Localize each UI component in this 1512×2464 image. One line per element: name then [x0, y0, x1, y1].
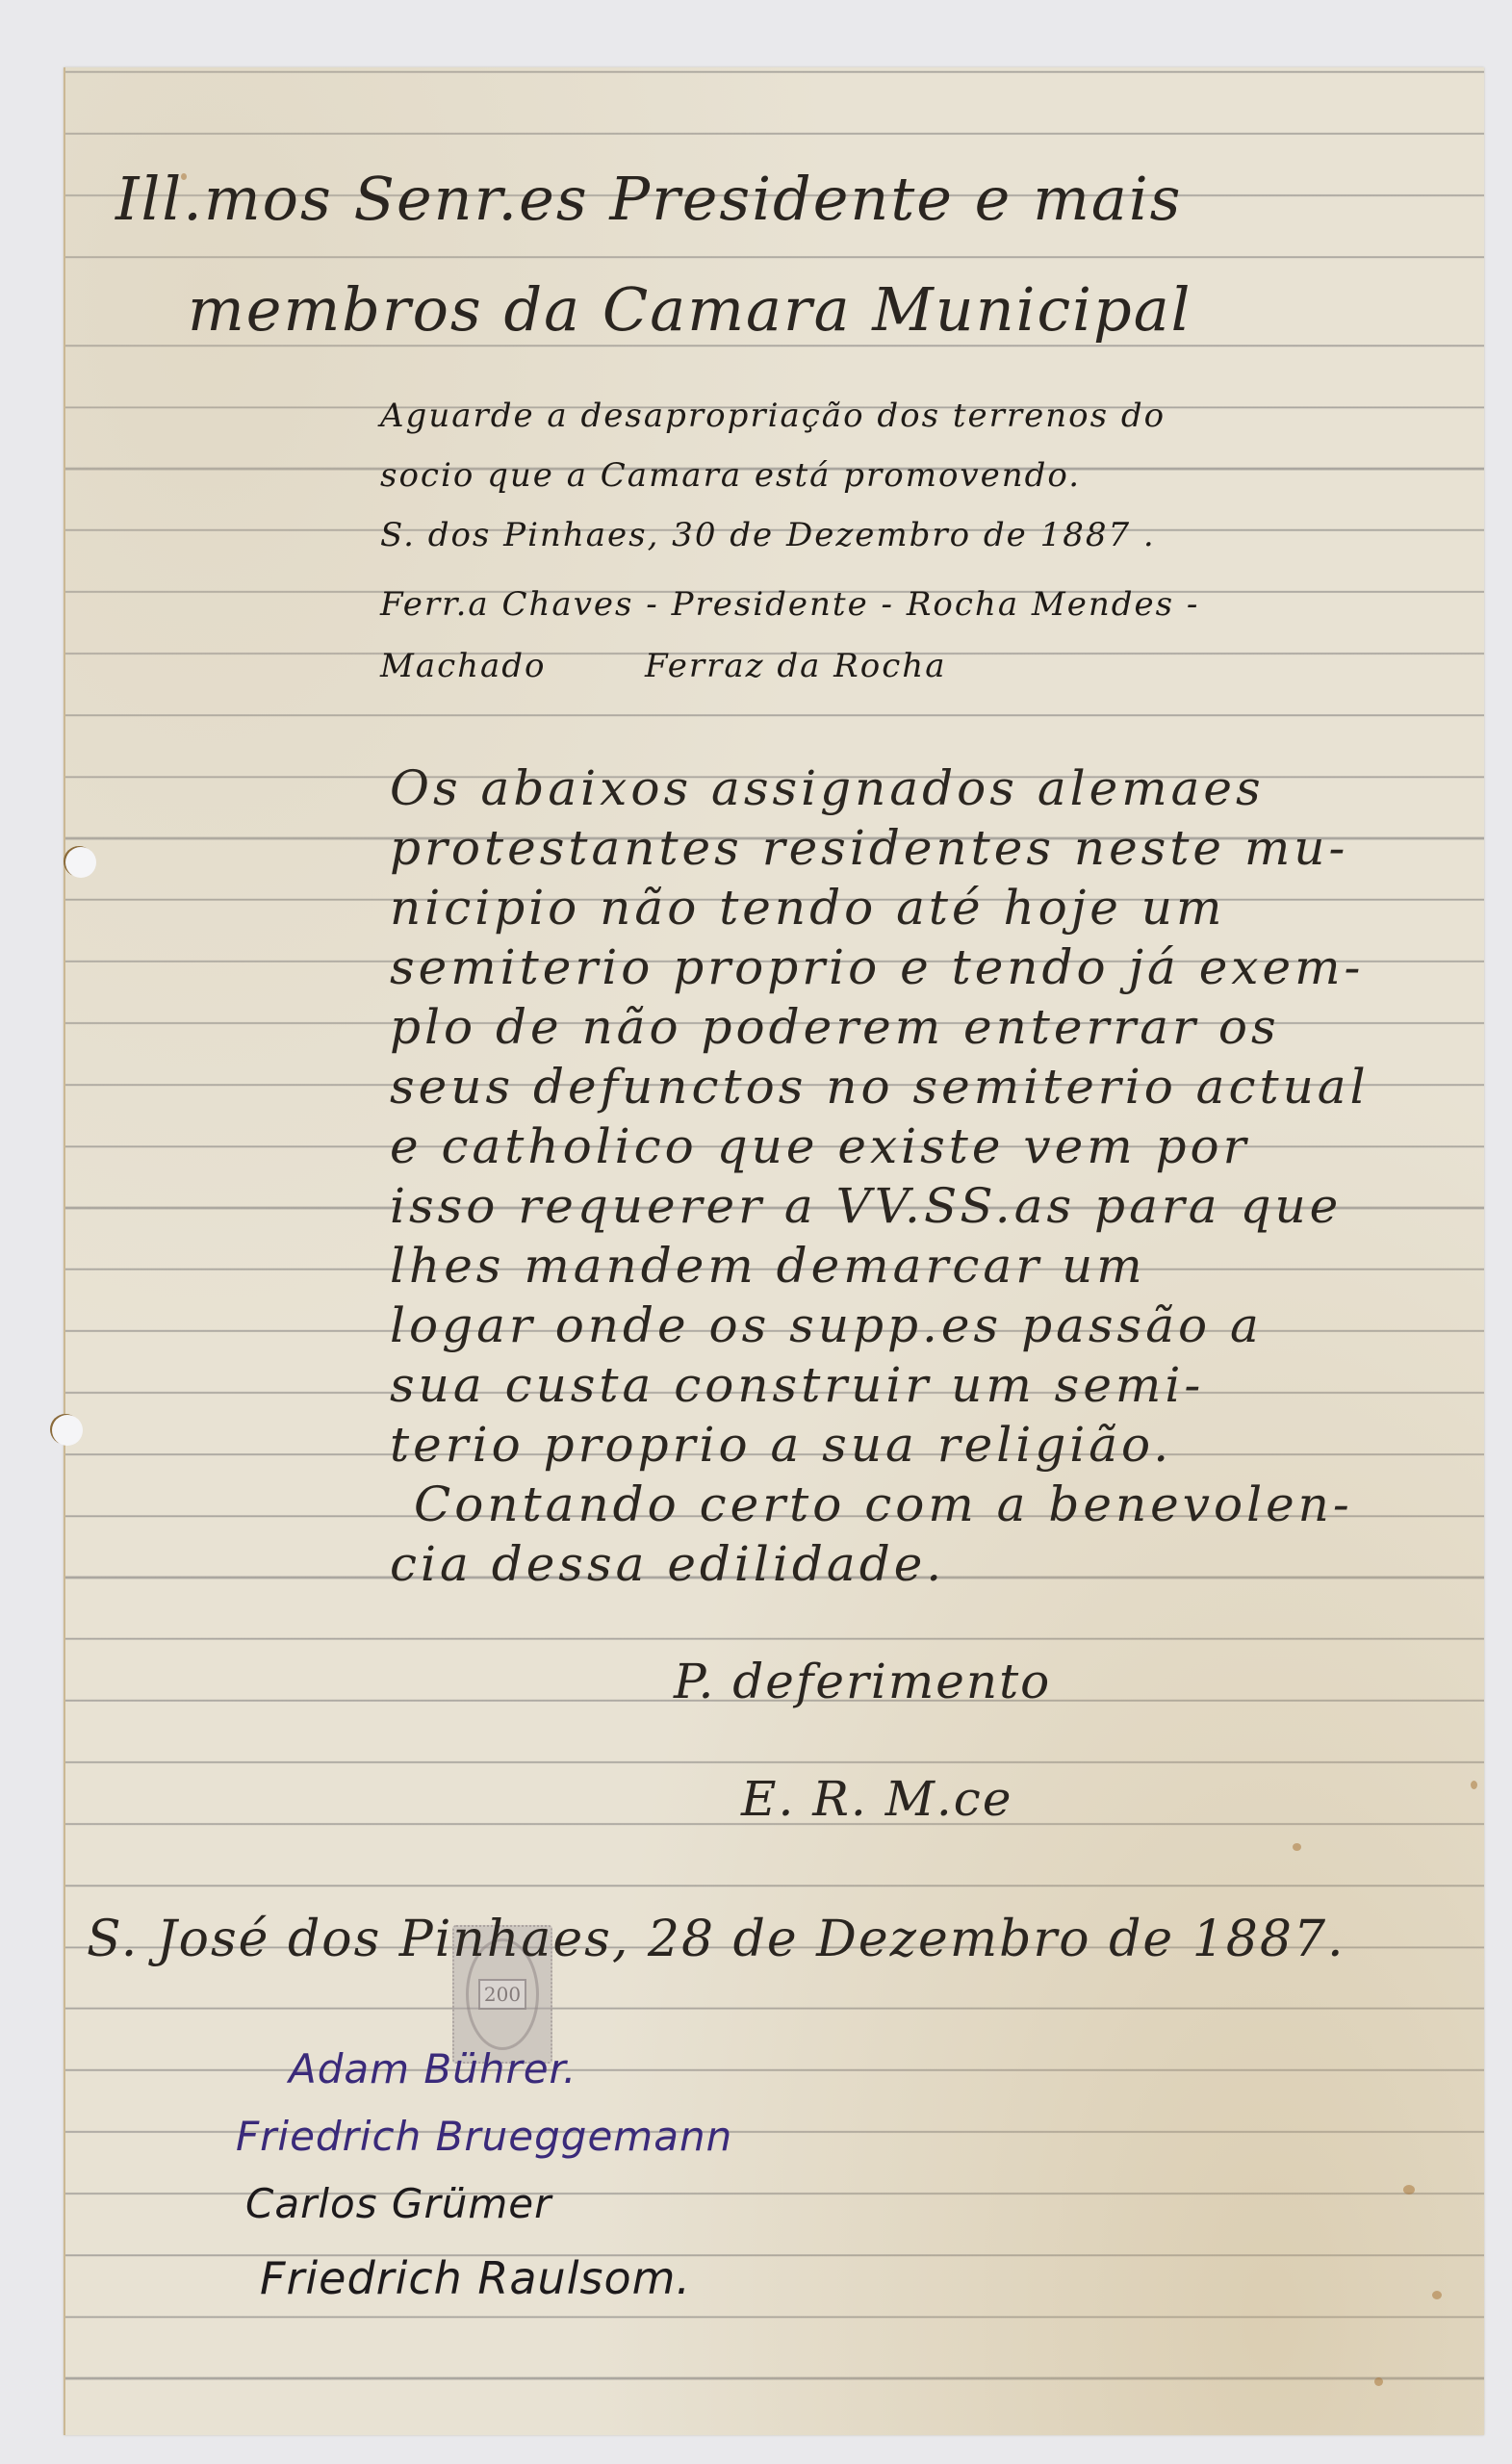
signature: Friedrich Brueggemann	[236, 2113, 732, 2160]
foxing-stain	[1403, 2185, 1415, 2194]
body-line: Contando certo com a benevolen-	[414, 1476, 1353, 1532]
despacho-line-4: Ferr.a Chaves - Presidente - Rocha Mende…	[380, 585, 1199, 624]
signature: Carlos Grümer	[245, 2180, 551, 2227]
place-and-date: S. José dos Pinhaes, 28 de Dezembro de 1…	[87, 1911, 1345, 1968]
body-line: seus defunctos no semiterio actual	[390, 1059, 1370, 1115]
despacho-line-2: socio que a Camara está promovendo.	[380, 456, 1081, 495]
body-line: plo de não poderem enterrar os	[390, 999, 1280, 1055]
despacho-line-1: Aguarde a desapropriação dos terrenos do	[380, 397, 1166, 435]
body-line: logar onde os supp.es passão a	[390, 1297, 1263, 1353]
punch-hole-bottom	[52, 1415, 83, 1446]
closing-request: P. deferimento	[674, 1654, 1051, 1709]
closing-formula: E. R. M.ce	[741, 1771, 1012, 1827]
heading-line-2: membros da Camara Municipal	[188, 274, 1192, 345]
body-line: semiterio proprio e tendo já exem-	[390, 939, 1364, 995]
body-line: lhes mandem demarcar um	[390, 1238, 1146, 1294]
despacho-line-5: Machado Ferraz da Rocha	[380, 647, 946, 685]
foxing-stain	[1432, 2291, 1442, 2299]
body-line: nicipio não tendo até hoje um	[390, 880, 1225, 936]
despacho-line-3: S. dos Pinhaes, 30 de Dezembro de 1887 .	[380, 516, 1156, 554]
signature: Adam Bührer.	[289, 2045, 577, 2092]
body-line: Os abaixos assignados alemaes	[390, 760, 1265, 816]
foxing-stain	[1374, 2377, 1383, 2386]
body-line: protestantes residentes neste mu-	[390, 820, 1348, 876]
body-line: sua custa construir um semi-	[390, 1357, 1204, 1413]
body-line: cia dessa edilidade.	[390, 1536, 945, 1592]
body-line: e catholico que existe vem por	[390, 1118, 1250, 1174]
stamp-value: 200	[478, 1979, 526, 2010]
foxing-stain	[1293, 1843, 1301, 1851]
heading-line-1: Ill.mos Senr.es Presidente e mais	[115, 164, 1182, 234]
foxing-stain	[1471, 1781, 1477, 1789]
body-line: isso requerer a VV.SS.as para que	[390, 1178, 1342, 1234]
body-line: terio proprio a sua religião.	[390, 1417, 1172, 1473]
punch-hole-top	[65, 847, 96, 878]
signature: Friedrich Raulsom.	[260, 2252, 691, 2304]
